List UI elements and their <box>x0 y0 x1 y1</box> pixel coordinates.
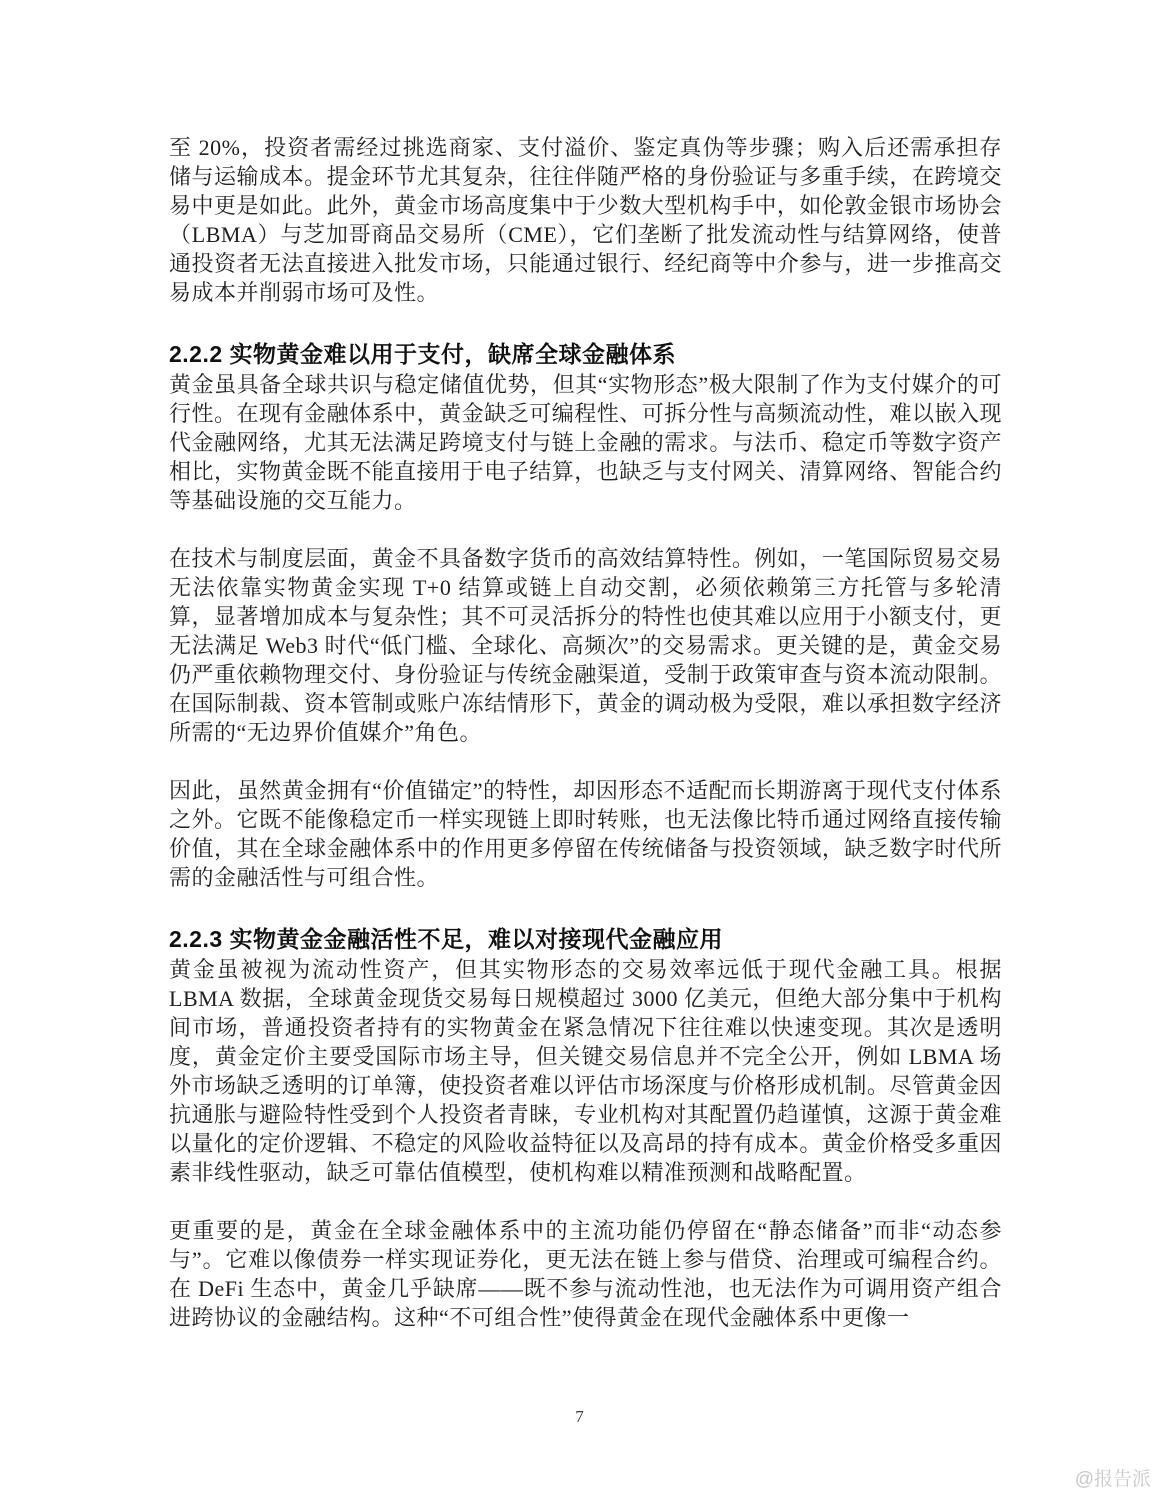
watermark-baogaopai: @报告派 <box>1075 1468 1151 1492</box>
paragraph-value-anchor-conclusion: 因此，虽然黄金拥有“价值锚定”的特性，却因形态不适配而长期游离于现代支付体系之外… <box>169 776 1002 892</box>
document-page: 至 20%，投资者需经过挑选商家、支付溢价、鉴定真伪等步骤；购入后还需承担存储与… <box>0 0 1159 1500</box>
section-heading-2-2-2: 2.2.2 实物黄金难以用于支付，缺席全球金融体系 <box>169 339 1002 370</box>
paragraph-technical-institutional: 在技术与制度层面，黄金不具备数字货币的高效结算特性。例如，一笔国际贸易交易无法依… <box>169 544 1002 747</box>
paragraph-continued-from-previous-page: 至 20%，投资者需经过挑选商家、支付溢价、鉴定真伪等步骤；购入后还需承担存储与… <box>169 133 1002 307</box>
page-content: 至 20%，投资者需经过挑选商家、支付溢价、鉴定真伪等步骤；购入后还需承担存储与… <box>169 133 1002 1332</box>
page-number: 7 <box>0 1406 1159 1428</box>
paragraph-financial-activity-shortfall: 黄金虽被视为流动性资产，但其实物形态的交易效率远低于现代金融工具。根据 LBMA… <box>169 955 1002 1187</box>
section-heading-2-2-3: 2.2.3 实物黄金金融活性不足，难以对接现代金融应用 <box>169 924 1002 955</box>
paragraph-static-reserve-vs-dynamic: 更重要的是，黄金在全球金融体系中的主流功能仍停留在“静态储备”而非“动态参与”。… <box>169 1216 1002 1332</box>
paragraph-gold-payment-limits: 黄金虽具备全球共识与稳定储值优势，但其“实物形态”极大限制了作为支付媒介的可行性… <box>169 370 1002 515</box>
